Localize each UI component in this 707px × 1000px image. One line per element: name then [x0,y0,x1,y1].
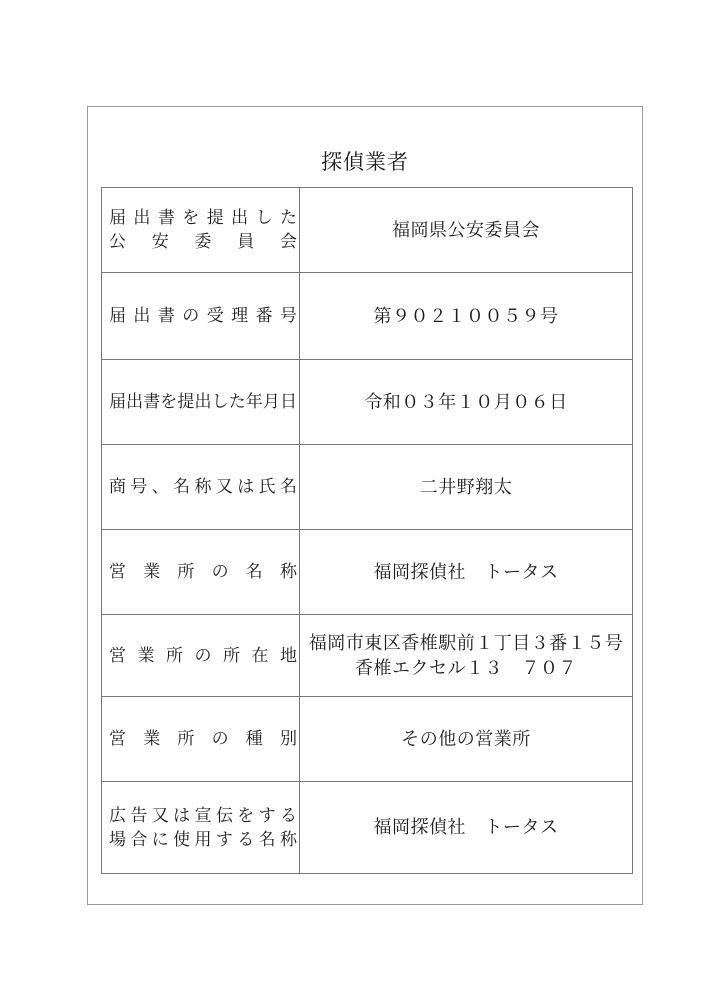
row-label-receipt-number: 届出書の受理番号 [102,273,300,359]
row-value-office-address: 福岡市東区香椎駅前１丁目３番１５号 香椎エクセル１３ ７０７ [300,615,632,696]
row-label-office-address: 営業所の所在地 [102,615,300,696]
value-line: 福岡県公安委員会 [392,218,540,243]
value-line: 二井野翔太 [420,475,513,500]
document-frame: 探偵業者 届出書を提出した 公安委員会 福岡県公安委員会 届出書の受理番号 第９… [87,106,643,905]
value-line: 福岡探偵社 トータス [374,560,559,585]
table-row: 商号、名称又は氏名 二井野翔太 [102,444,632,529]
row-label-submission-date: 届出書を提出した年月日 [102,360,300,444]
row-value-advertising-name: 福岡探偵社 トータス [300,782,632,873]
label-line: 商号、名称又は氏名 [109,475,297,499]
value-line: 福岡探偵社 トータス [374,815,559,840]
row-label-advertising-name: 広告又は宣伝をする 場合に使用する名称 [102,782,300,873]
row-label-trade-name: 商号、名称又は氏名 [102,445,300,529]
document-title: 探偵業者 [88,148,642,176]
label-line: 公安委員会 [109,230,297,254]
row-value-authority: 福岡県公安委員会 [300,188,632,272]
value-line: 香椎エクセル１３ ７０７ [355,656,577,681]
row-label-office-name: 営業所の名称 [102,530,300,614]
label-line: 届出書を提出した [109,206,297,230]
label-line: 広告又は宣伝をする [109,804,297,828]
table-row: 営業所の名称 福岡探偵社 トータス [102,529,632,614]
value-line: 令和０３年１０月０６日 [364,390,568,415]
table-row: 営業所の種別 その他の営業所 [102,696,632,781]
row-value-trade-name: 二井野翔太 [300,445,632,529]
row-label-authority: 届出書を提出した 公安委員会 [102,188,300,272]
label-line: 届出書の受理番号 [109,304,297,328]
value-line: 第９０２１００５９号 [374,304,559,329]
value-line: その他の営業所 [401,727,531,752]
table-row: 届出書を提出した 公安委員会 福岡県公安委員会 [102,188,632,272]
row-label-office-type: 営業所の種別 [102,697,300,781]
row-value-office-type: その他の営業所 [300,697,632,781]
label-line: 営業所の名称 [109,560,297,584]
value-line: 福岡市東区香椎駅前１丁目３番１５号 [309,631,624,656]
row-value-submission-date: 令和０３年１０月０６日 [300,360,632,444]
table-row: 届出書の受理番号 第９０２１００５９号 [102,272,632,359]
row-value-receipt-number: 第９０２１００５９号 [300,273,632,359]
table-row: 営業所の所在地 福岡市東区香椎駅前１丁目３番１５号 香椎エクセル１３ ７０７ [102,614,632,696]
registration-table: 届出書を提出した 公安委員会 福岡県公安委員会 届出書の受理番号 第９０２１００… [101,187,633,874]
row-value-office-name: 福岡探偵社 トータス [300,530,632,614]
table-row: 届出書を提出した年月日 令和０３年１０月０６日 [102,359,632,444]
label-line: 場合に使用する名称 [109,828,297,852]
label-line: 営業所の所在地 [109,644,297,668]
label-line: 届出書を提出した年月日 [109,390,297,414]
table-row: 広告又は宣伝をする 場合に使用する名称 福岡探偵社 トータス [102,781,632,873]
label-line: 営業所の種別 [109,727,297,751]
page-canvas: 探偵業者 届出書を提出した 公安委員会 福岡県公安委員会 届出書の受理番号 第９… [0,0,707,1000]
